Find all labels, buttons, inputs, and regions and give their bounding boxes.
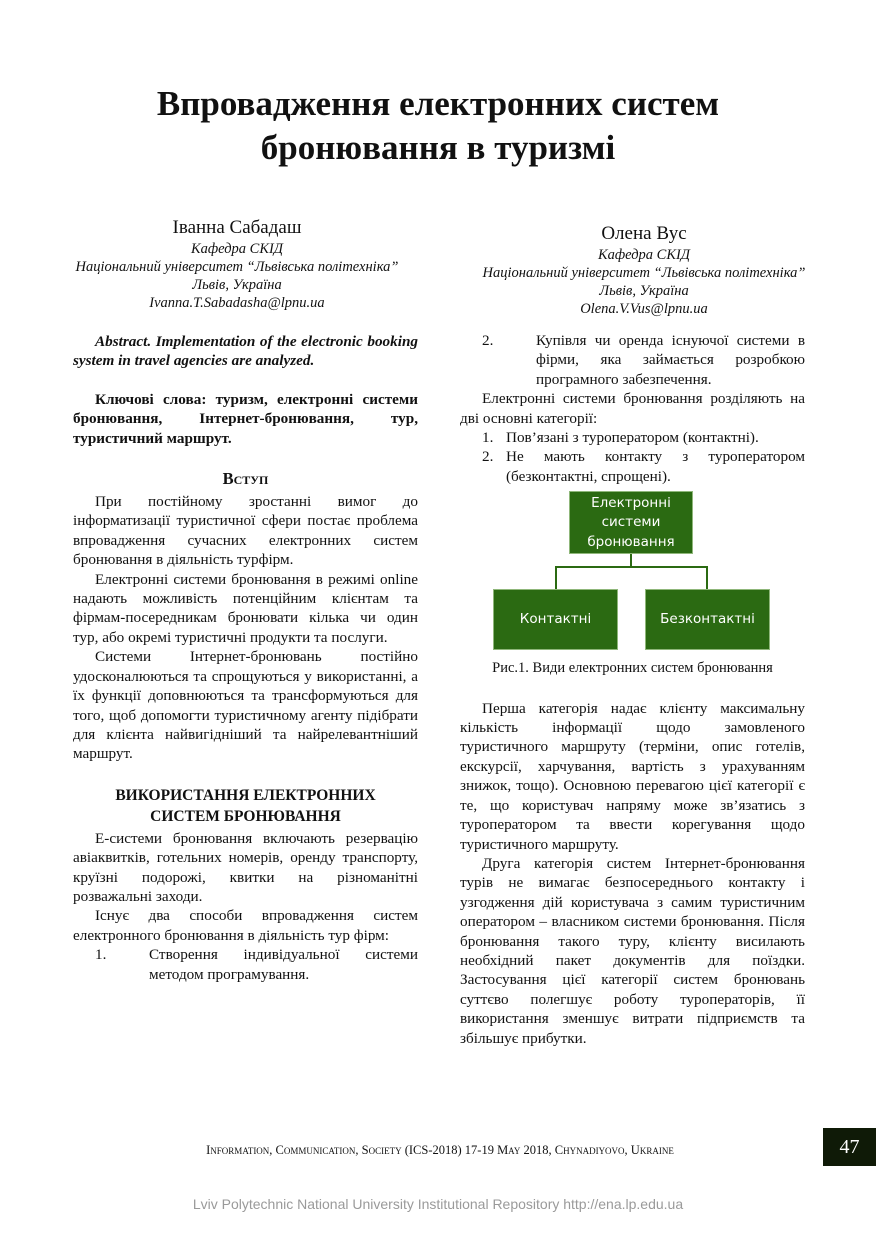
categories-intro: Електронні системи бронювання розділяють… [460,389,805,428]
connector-left [555,566,557,589]
list-number: 2. [460,447,506,486]
author-email[interactable]: Ivanna.T.Sabadasha@lpnu.ua [52,294,422,312]
author-university: Національний університет “Львівська полі… [52,258,422,276]
list-item: 1. Створення індивідуальної системи мето… [73,945,418,984]
author-department: Кафедра СКІД [52,240,422,258]
root-line-2: системи [587,513,674,533]
list-text: Не мають контакту з туроператором (безко… [506,447,805,486]
author-department: Кафедра СКІД [462,246,826,264]
list-text: Купівля чи оренда існуючої системи в фір… [536,331,805,389]
intro-paragraph: Електронні системи бронювання в режимі o… [73,570,418,648]
section-heading-usage: ВИКОРИСТАННЯ ЕЛЕКТРОННИХ СИСТЕМ БРОНЮВАН… [73,785,418,827]
title-line-1: Впровадження електронних систем [0,82,876,126]
list-item: 1. Пов’язані з туроператором (контактні)… [460,428,805,447]
author-block-1: Іванна Сабадаш Кафедра СКІД Національний… [52,216,422,312]
list-item: 2. Купівля чи оренда існуючої системи в … [460,331,805,389]
list-text: Пов’язані з туроператором (контактні). [506,428,805,447]
author-block-2: Олена Вус Кафедра СКІД Національний унів… [462,222,826,318]
usage-paragraph: Існує два способи впровадження систем ел… [73,906,418,945]
figure-caption: Рис.1. Види електронних систем бронюванн… [460,659,805,678]
heading-line-1: ВИКОРИСТАННЯ ЕЛЕКТРОННИХ [73,785,418,806]
diagram-node-contact: Контактні [493,589,618,650]
body-paragraph: Перша категорія надає клієнту максимальн… [460,699,805,854]
author-location: Львів, Україна [52,276,422,294]
left-column: Abstract. Implementation of the electron… [73,332,418,984]
list-text: Створення індивідуальної системи методом… [149,945,418,984]
right-column: 2. Купівля чи оренда існуючої системи в … [460,331,805,1048]
root-line-1: Електронні [587,494,674,514]
author-location: Львів, Україна [462,282,826,300]
author-email[interactable]: Olena.V.Vus@lpnu.ua [462,300,826,318]
conference-footer: Information, Communication, Society (ICS… [130,1143,750,1158]
title-line-2: бронювання в туризмі [0,126,876,170]
heading-line-2: СИСТЕМ БРОНЮВАННЯ [73,806,418,827]
paper-title: Впровадження електронних систем бронюван… [0,82,876,170]
connector-right [706,566,708,589]
page-number: 47 [823,1128,876,1166]
list-number: 2. [460,331,536,389]
booking-systems-diagram: Електронні системи бронювання Контактні … [460,491,805,649]
author-name: Іванна Сабадаш [52,216,422,240]
methods-list-continued: 2. Купівля чи оренда існуючої системи в … [460,331,805,389]
intro-paragraph: Системи Інтернет-бронювань постійно удос… [73,647,418,763]
categories-list: 1. Пов’язані з туроператором (контактні)… [460,428,805,486]
abstract: Abstract. Implementation of the electron… [73,332,418,371]
list-number: 1. [460,428,506,447]
usage-paragraph: Е-системи бронювання включають резерваці… [73,829,418,907]
connector-horizontal [555,566,708,568]
list-item: 2. Не мають контакту з туроператором (бе… [460,447,805,486]
body-paragraph: Друга категорія систем Інтернет-бронюван… [460,854,805,1048]
author-name: Олена Вус [462,222,826,246]
intro-paragraph: При постійному зростанні вимог до інформ… [73,492,418,570]
methods-list: 1. Створення індивідуальної системи мето… [73,945,418,984]
root-line-3: бронювання [587,533,674,553]
author-university: Національний університет “Львівська полі… [462,264,826,282]
keywords: Ключові слова: туризм, електронні систем… [73,390,418,448]
diagram-node-contactless: Безконтактні [645,589,770,650]
repository-watermark: Lviv Polytechnic National University Ins… [0,1196,876,1212]
list-number: 1. [73,945,149,984]
section-heading-intro: Вступ [73,468,418,489]
diagram-root-node: Електронні системи бронювання [569,491,693,554]
